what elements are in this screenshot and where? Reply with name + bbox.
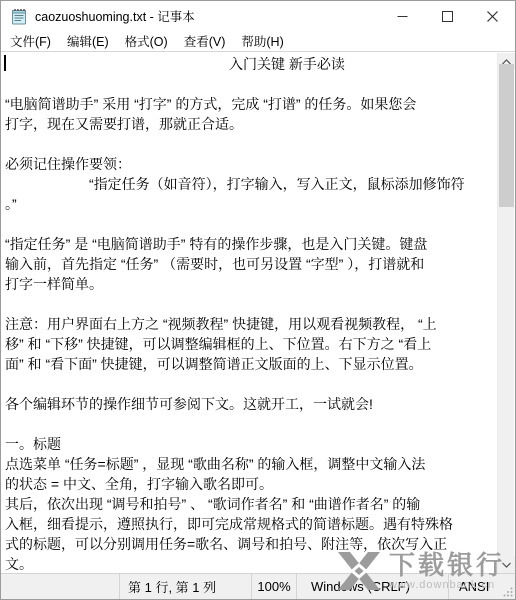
notepad-window: caozuoshuoming.txt - 记事本 文件(F) 编辑(E) 格式(… xyxy=(0,0,516,600)
menu-help[interactable]: 帮助(H) xyxy=(233,31,291,51)
menu-bar: 文件(F) 编辑(E) 格式(O) 查看(V) 帮助(H) xyxy=(1,31,515,52)
status-line-ending: Windows (CRLF) xyxy=(296,574,448,599)
chevron-down-icon xyxy=(502,562,511,568)
menu-file[interactable]: 文件(F) xyxy=(2,31,59,51)
notepad-icon xyxy=(10,7,28,25)
scrollbar-thumb[interactable] xyxy=(499,64,514,207)
minimize-button[interactable] xyxy=(380,1,425,31)
minimize-icon xyxy=(397,11,408,22)
text-caret xyxy=(4,55,6,71)
title-bar[interactable]: caozuoshuoming.txt - 记事本 xyxy=(1,1,515,31)
vertical-scrollbar[interactable] xyxy=(497,53,514,573)
menu-format[interactable]: 格式(O) xyxy=(117,31,176,51)
close-icon xyxy=(487,11,498,22)
status-cursor-position: 第 1 行, 第 1 列 xyxy=(119,574,251,599)
text-editor[interactable]: 入门关键 新手必读 “电脑简谱助手” 采用 “打字” 的方式，完成 “打谱” 的… xyxy=(2,53,497,573)
menu-edit[interactable]: 编辑(E) xyxy=(59,31,117,51)
window-title: caozuoshuoming.txt - 记事本 xyxy=(35,7,195,25)
status-bar: 第 1 行, 第 1 列 100% Windows (CRLF) ANSI xyxy=(1,573,515,599)
close-button[interactable] xyxy=(470,1,515,31)
status-spacer xyxy=(1,574,119,599)
window-controls xyxy=(380,1,515,31)
scroll-down-button[interactable] xyxy=(498,556,515,573)
maximize-icon xyxy=(442,11,453,22)
editor-area: 入门关键 新手必读 “电脑简谱助手” 采用 “打字” 的方式，完成 “打谱” 的… xyxy=(2,53,514,573)
maximize-button[interactable] xyxy=(425,1,470,31)
menu-view[interactable]: 查看(V) xyxy=(176,31,234,51)
resize-grip[interactable] xyxy=(503,587,513,597)
status-zoom-level: 100% xyxy=(251,574,296,599)
